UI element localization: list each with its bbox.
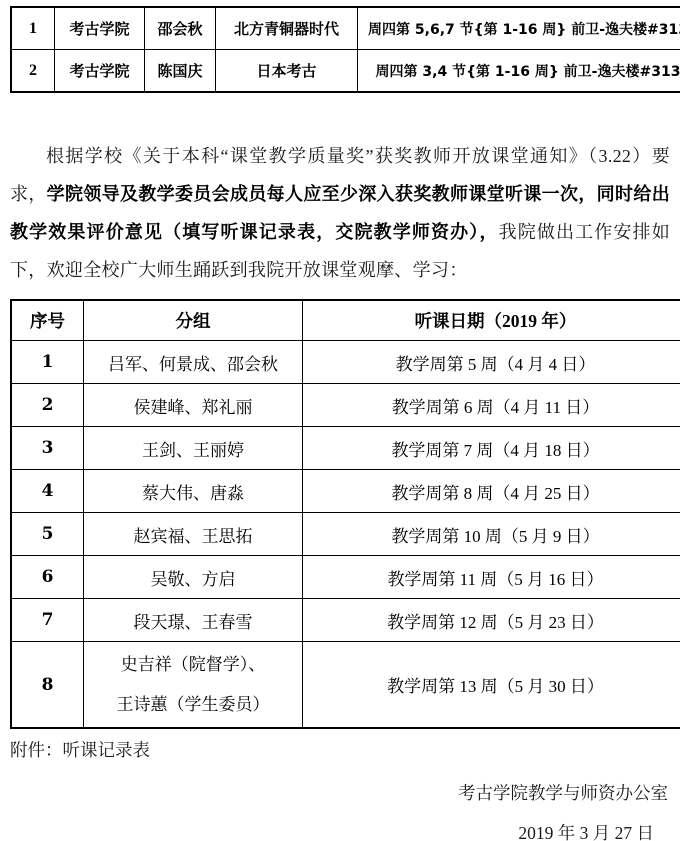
schedule-row-number: 7 (11, 599, 84, 642)
schedule-group: 侯建峰、郑礼丽 (84, 384, 303, 427)
notice-paragraph: 根据学校《关于本科“课堂教学质量奖”获奖教师开放课堂通知》（3.22）要求，学院… (10, 137, 670, 289)
issue-date: 2019 年 3 月 27 日 (0, 820, 654, 841)
schedule-row: 6 吴敬、方启 教学周第 11 周（5 月 16 日） (11, 556, 680, 599)
attachment-note: 附件：听课记录表 (10, 737, 680, 762)
schedule-row: 3 王剑、王丽婷 教学周第 7 周（4 月 18 日） (11, 427, 680, 470)
course-time-location: 周四第 5,6,7 节{第 1-16 周} 前卫-逸夫楼#313 (358, 7, 680, 50)
schedule-group: 吕军、何景成、邵会秋 (84, 341, 303, 384)
schedule-row: 2 侯建峰、郑礼丽 教学周第 6 周（4 月 11 日） (11, 384, 680, 427)
issuing-office: 考古学院教学与师资办公室 (0, 780, 668, 805)
schedule-group: 王剑、王丽婷 (84, 427, 303, 470)
schedule-row: 8 史吉祥（院督学）、 王诗蕙（学生委员） 教学周第 13 周（5 月 30 日… (11, 642, 680, 729)
schedule-group: 蔡大伟、唐淼 (84, 470, 303, 513)
schedule-row-number: 6 (11, 556, 84, 599)
schedule-group: 吴敬、方启 (84, 556, 303, 599)
course-teacher-name: 邵会秋 (145, 7, 216, 50)
schedule-date: 教学周第 8 周（4 月 25 日） (303, 470, 680, 513)
schedule-group: 史吉祥（院督学）、 王诗蕙（学生委员） (84, 642, 303, 729)
schedule-group: 段天璟、王春雪 (84, 599, 303, 642)
course-row-number: 2 (11, 50, 55, 93)
schedule-row-number: 3 (11, 427, 84, 470)
course-time-location: 周四第 3,4 节{第 1-16 周} 前卫-逸夫楼#313 (358, 50, 680, 93)
schedule-row: 1 吕军、何景成、邵会秋 教学周第 5 周（4 月 4 日） (11, 341, 680, 384)
schedule-row-number: 4 (11, 470, 84, 513)
schedule-header-row: 序号 分组 听课日期（2019 年） (11, 300, 680, 341)
schedule-date: 教学周第 11 周（5 月 16 日） (303, 556, 680, 599)
course-department: 考古学院 (55, 7, 145, 50)
course-table-row: 1 考古学院 邵会秋 北方青铜器时代 周四第 5,6,7 节{第 1-16 周}… (11, 7, 680, 50)
schedule-row-number: 1 (11, 341, 84, 384)
course-table: 1 考古学院 邵会秋 北方青铜器时代 周四第 5,6,7 节{第 1-16 周}… (10, 6, 680, 93)
schedule-row-number: 8 (11, 642, 84, 729)
schedule-table: 序号 分组 听课日期（2019 年） 1 吕军、何景成、邵会秋 教学周第 5 周… (10, 299, 680, 729)
schedule-row: 7 段天璟、王春雪 教学周第 12 周（5 月 23 日） (11, 599, 680, 642)
course-title: 北方青铜器时代 (216, 7, 358, 50)
course-title: 日本考古 (216, 50, 358, 93)
course-table-row: 2 考古学院 陈国庆 日本考古 周四第 3,4 节{第 1-16 周} 前卫-逸… (11, 50, 680, 93)
schedule-row: 4 蔡大伟、唐淼 教学周第 8 周（4 月 25 日） (11, 470, 680, 513)
schedule-group: 赵宾福、王思拓 (84, 513, 303, 556)
header-serial-number: 序号 (11, 300, 84, 341)
schedule-row-number: 2 (11, 384, 84, 427)
course-teacher-name: 陈国庆 (145, 50, 216, 93)
schedule-date: 教学周第 13 周（5 月 30 日） (303, 642, 680, 729)
schedule-date: 教学周第 12 周（5 月 23 日） (303, 599, 680, 642)
schedule-date: 教学周第 5 周（4 月 4 日） (303, 341, 680, 384)
course-row-number: 1 (11, 7, 55, 50)
course-department: 考古学院 (55, 50, 145, 93)
header-listen-date: 听课日期（2019 年） (303, 300, 680, 341)
schedule-date: 教学周第 6 周（4 月 11 日） (303, 384, 680, 427)
schedule-row-number: 5 (11, 513, 84, 556)
schedule-date: 教学周第 7 周（4 月 18 日） (303, 427, 680, 470)
schedule-row: 5 赵宾福、王思拓 教学周第 10 周（5 月 9 日） (11, 513, 680, 556)
schedule-date: 教学周第 10 周（5 月 9 日） (303, 513, 680, 556)
header-group: 分组 (84, 300, 303, 341)
